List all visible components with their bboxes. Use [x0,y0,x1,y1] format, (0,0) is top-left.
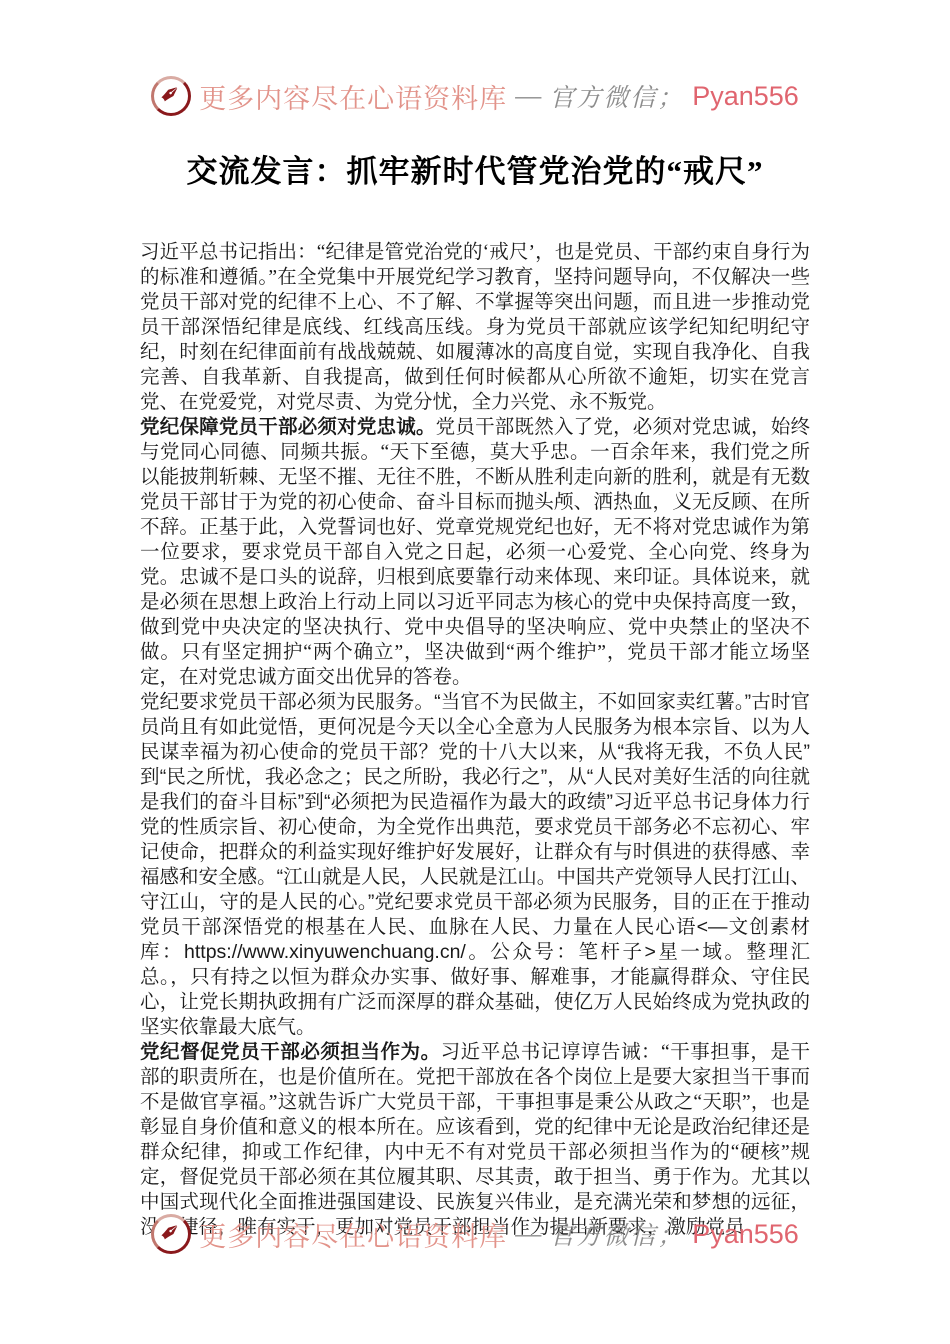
footer-brand-text: 更多内容尽在心语资料库 [199,1215,507,1254]
paragraph-text: 党员干部既然入了党，必须对党忠诚，始终与党同心同德、同频共振。“天下至德，莫大乎… [140,417,810,688]
paragraph-lead: 党纪保障党员干部必须对党忠诚。 [140,416,436,438]
footer-wechat-label: 官方微信； [549,1216,684,1252]
header-wechat-label: 官方微信； [549,78,684,114]
paragraph-responsibility: 党纪督促党员干部必须担当作为。习近平总书记谆谆告诫：“干事担事，是干部的职责所在… [140,1040,810,1240]
paragraph-lead: 党纪督促党员干部必须担当作为。 [140,1041,441,1063]
pen-nib-icon: ✒ [155,78,188,112]
paragraph-text: 习近平总书记指出：“纪律是管党治党的‘戒尺’，也是党员、干部约束自身行为的标准和… [140,242,810,413]
header-separator-dash: — [515,81,541,111]
footer-brandbar: ✒ 更多内容尽在心语资料库 — 官方微信； Pyan556 [0,1214,950,1254]
pen-nib-icon: ✒ [155,1216,188,1250]
paragraph-text: 习近平总书记谆谆告诫：“干事担事，是干部的职责所在，也是价值所在。党把干部放在各… [140,1042,810,1238]
header-brandbar: ✒ 更多内容尽在心语资料库 — 官方微信； Pyan556 [0,76,950,116]
footer-wechat-id: Pyan556 [692,1219,799,1250]
header-brand-text: 更多内容尽在心语资料库 [199,77,507,116]
paragraph-loyalty: 党纪保障党员干部必须对党忠诚。党员干部既然入了党，必须对党忠诚，始终与党同心同德… [140,415,810,690]
footer-separator-dash: — [515,1219,541,1249]
paragraph-serve-people: 党纪要求党员干部必须为民服务。“当官不为民做主，不如回家卖红薯。”古时官员尚且有… [140,690,810,1040]
document-body: 习近平总书记指出：“纪律是管党治党的‘戒尺’，也是党员、干部约束自身行为的标准和… [140,240,810,1240]
pen-circle-logo-icon: ✒ [151,1214,191,1254]
header-wechat-id: Pyan556 [692,81,799,112]
paragraph-intro: 习近平总书记指出：“纪律是管党治党的‘戒尺’，也是党员、干部约束自身行为的标准和… [140,240,810,415]
document-title: 交流发言：抓牢新时代管党治党的“戒尺” [0,146,950,191]
pen-circle-logo-icon: ✒ [151,76,191,116]
paragraph-text: 党纪要求党员干部必须为民服务。“当官不为民做主，不如回家卖红薯。”古时官员尚且有… [140,691,810,1038]
